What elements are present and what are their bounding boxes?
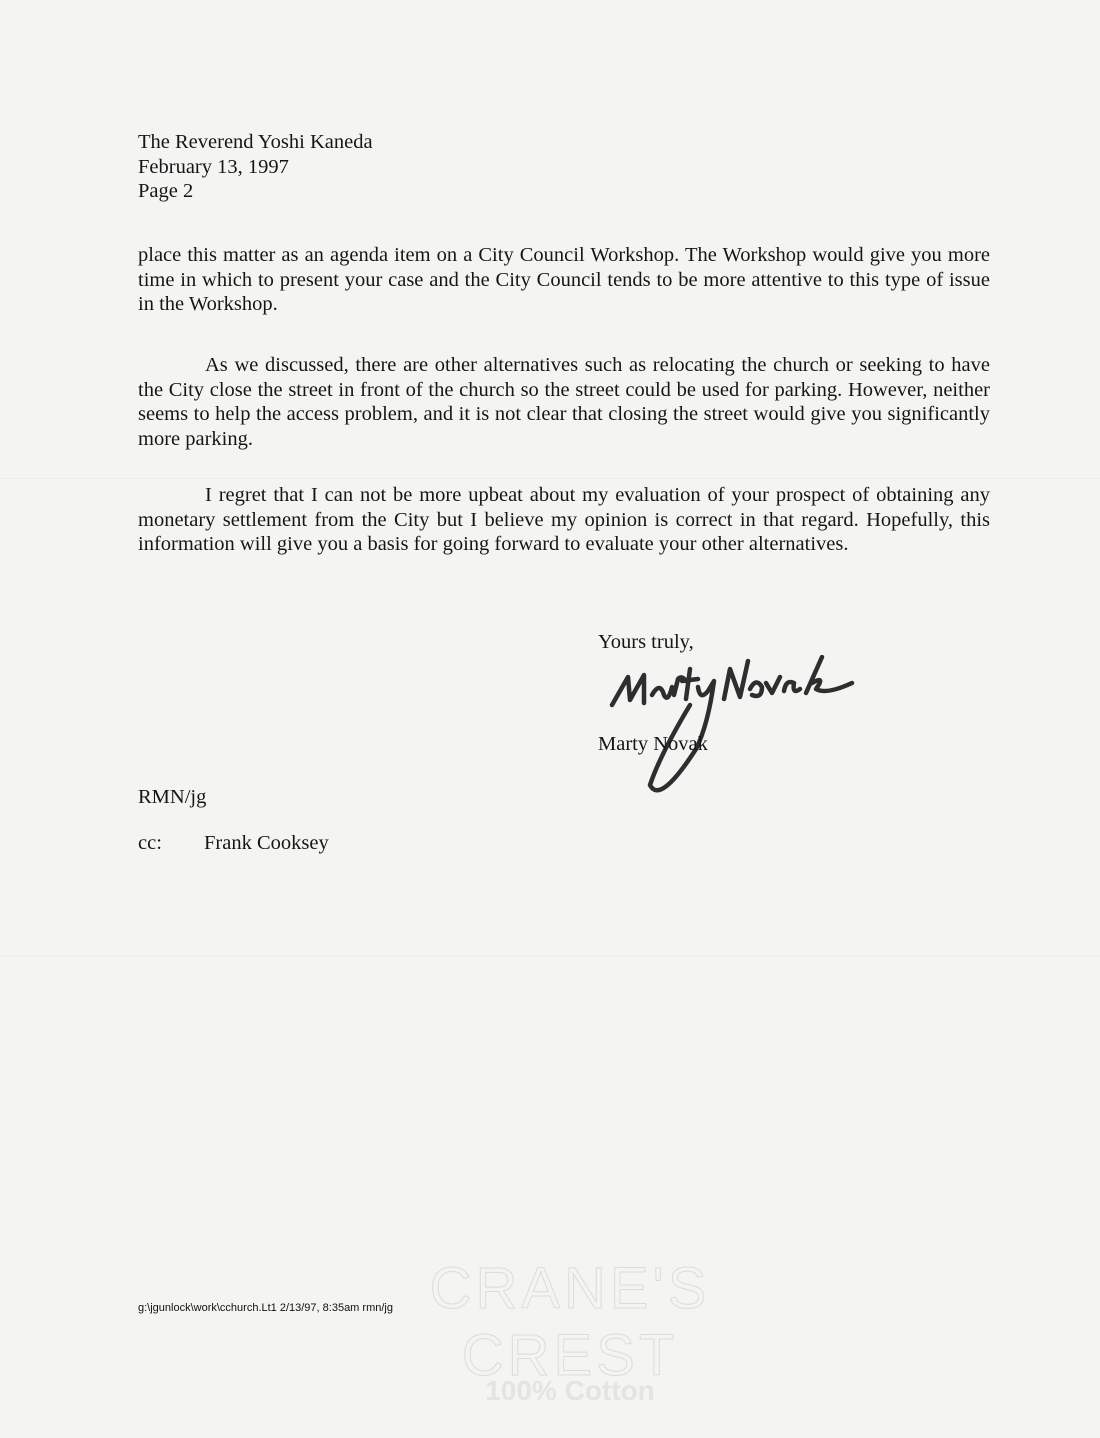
body-paragraph-2: As we discussed, there are other alterna… [138,353,990,451]
cc-line: cc:Frank Cooksey [138,832,329,855]
cc-label: cc: [138,832,204,855]
cc-recipient: Frank Cooksey [204,832,329,854]
page-number: Page 2 [138,179,373,204]
watermark-material: 100% Cotton [360,1375,780,1407]
body-paragraph-1: place this matter as an agenda item on a… [138,243,990,317]
paper-fold-bottom [0,956,1100,958]
body-paragraph-3: I regret that I can not be more upbeat a… [138,483,990,557]
letter-date: February 13, 1997 [138,155,373,180]
letter-header: The Reverend Yoshi Kaneda February 13, 1… [138,130,373,204]
signer-name: Marty Novak [598,733,708,756]
file-path-footer: g:\jgunlock\work\cchurch.Lt1 2/13/97, 8:… [138,1302,393,1314]
handwritten-signature [600,655,860,805]
recipient: The Reverend Yoshi Kaneda [138,130,373,155]
watermark-brand: CRANE'S CREST [360,1255,780,1389]
paper-fold-top [0,478,1100,480]
paper-watermark: CRANE'S CREST 100% Cotton [360,1225,780,1425]
typist-initials: RMN/jg [138,786,206,809]
closing: Yours truly, [598,631,694,654]
